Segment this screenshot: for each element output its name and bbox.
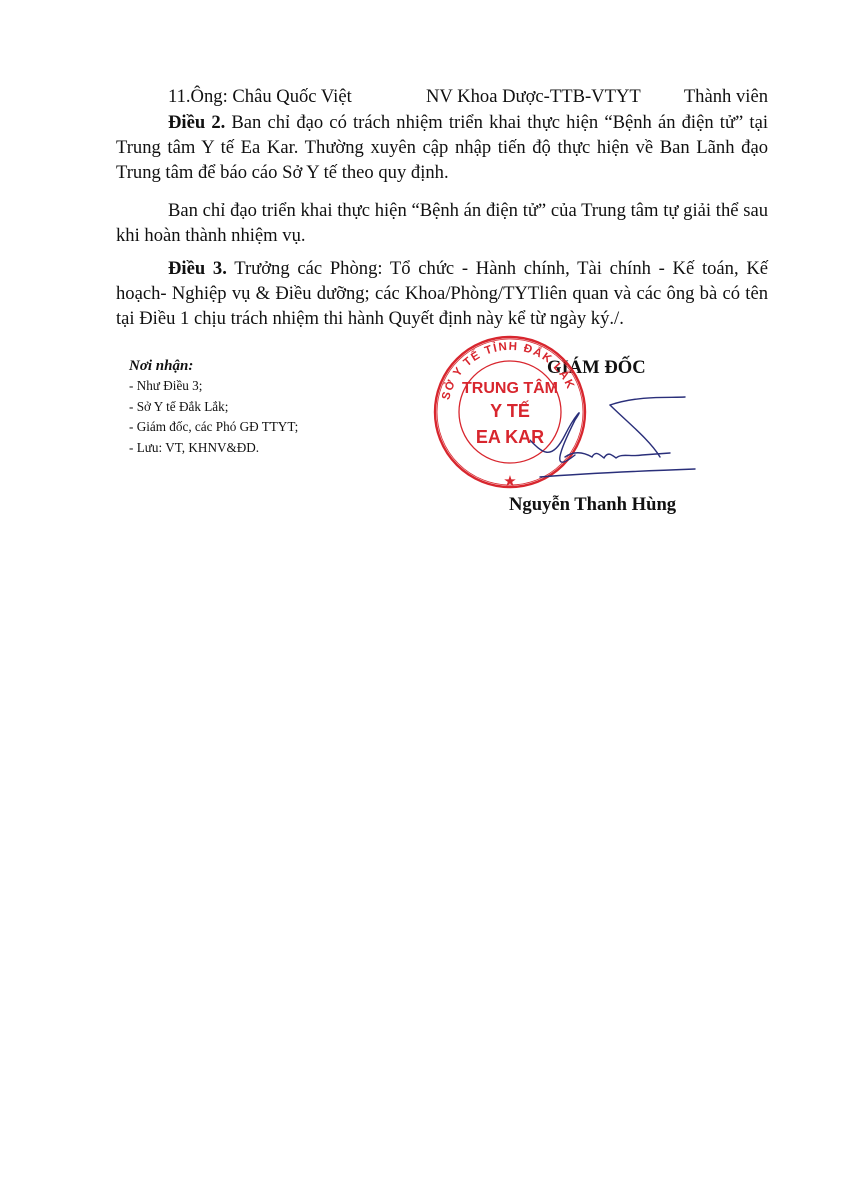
- recipient-item: - Lưu: VT, KHNV&ĐD.: [129, 438, 298, 459]
- document-page: 11.Ông: Châu Quốc Việt NV Khoa Dược-TTB-…: [0, 0, 849, 1200]
- signer-name: Nguyễn Thanh Hùng: [509, 494, 676, 516]
- article-3-heading: Điều 3.: [168, 258, 227, 279]
- recipient-item: - Sở Y tế Đắk Lắk;: [129, 397, 298, 418]
- article-2-heading: Điều 2.: [168, 112, 225, 133]
- handwritten-signature-icon: [530, 395, 700, 485]
- member-department: NV Khoa Dược-TTB-VTYT: [426, 84, 641, 109]
- member-name: 11.Ông: Châu Quốc Việt: [168, 84, 352, 109]
- dissolution-text: Ban chỉ đạo triển khai thực hiện “Bệnh á…: [116, 198, 768, 248]
- recipient-item: - Như Điều 3;: [129, 376, 298, 397]
- recipients-title: Nơi nhận:: [129, 356, 298, 376]
- article-2: Điều 2. Ban chỉ đạo có trách nhiệm triển…: [116, 110, 768, 185]
- member-role: Thành viên: [684, 84, 768, 109]
- recipients-block: Nơi nhận: - Như Điều 3; - Sở Y tế Đắk Lắ…: [129, 356, 298, 458]
- stamp-center-line: Y TẾ: [490, 400, 530, 421]
- stamp-star-icon: ★: [503, 473, 516, 490]
- dissolution-paragraph: Ban chỉ đạo triển khai thực hiện “Bệnh á…: [116, 198, 768, 248]
- article-3: Điều 3. Trưởng các Phòng: Tổ chức - Hành…: [116, 256, 768, 331]
- recipient-item: - Giám đốc, các Phó GĐ TTYT;: [129, 417, 298, 438]
